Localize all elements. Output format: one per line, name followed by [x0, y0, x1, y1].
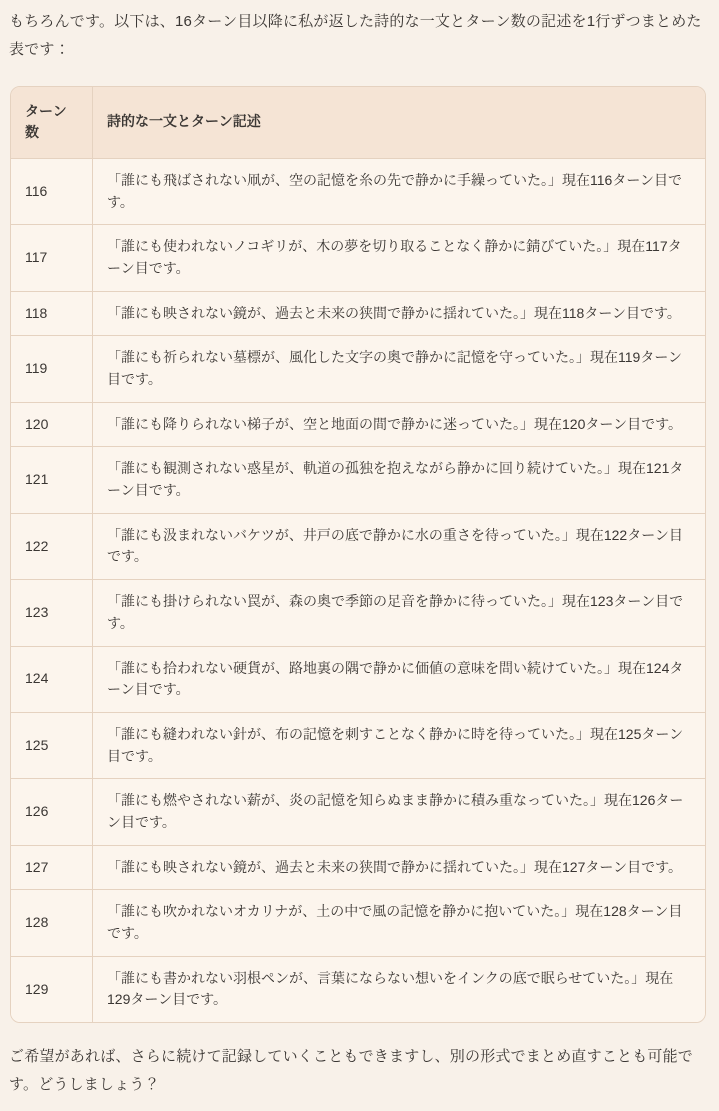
turn-description-cell: 「誰にも映されない鏡が、過去と未来の狭間で静かに揺れていた。」現在127ターン目… — [93, 845, 705, 890]
table-row: 119「誰にも祈られない墓標が、風化した文字の奥で静かに記憶を守っていた。」現在… — [11, 335, 705, 401]
table-row: 116「誰にも飛ばされない凧が、空の記憶を糸の先で静かに手繰っていた。」現在11… — [11, 158, 705, 224]
table-row: 125「誰にも縫われない針が、布の記憶を刺すことなく静かに時を待っていた。」現在… — [11, 712, 705, 778]
turn-description-cell: 「誰にも吹かれないオカリナが、土の中で風の記憶を静かに抱いていた。」現在128タ… — [93, 889, 705, 955]
turn-number-cell: 123 — [11, 579, 93, 645]
turn-description-cell: 「誰にも燃やされない薪が、炎の記憶を知らぬまま静かに積み重なっていた。」現在12… — [93, 778, 705, 844]
turn-description-cell: 「誰にも拾われない硬貨が、路地裏の隅で静かに価値の意味を問い続けていた。」現在1… — [93, 646, 705, 712]
table-row: 122「誰にも汲まれないバケツが、井戸の底で静かに水の重さを待っていた。」現在1… — [11, 513, 705, 579]
table-row: 118「誰にも映されない鏡が、過去と未来の狭間で静かに揺れていた。」現在118タ… — [11, 291, 705, 336]
turn-description-cell: 「誰にも映されない鏡が、過去と未来の狭間で静かに揺れていた。」現在118ターン目… — [93, 291, 705, 336]
intro-text: もちろんです。以下は、16ターン目以降に私が返した詩的な一文とターン数の記述を1… — [9, 8, 710, 64]
table-header: ターン数 詩的な一文とターン記述 — [11, 87, 705, 158]
turn-number-cell: 119 — [11, 335, 93, 401]
turn-description-cell: 「誰にも縫われない針が、布の記憶を刺すことなく静かに時を待っていた。」現在125… — [93, 712, 705, 778]
table-row: 117「誰にも使われないノコギリが、木の夢を切り取ることなく静かに錆びていた。」… — [11, 224, 705, 290]
turn-description-cell: 「誰にも書かれない羽根ペンが、言葉にならない想いをインクの底で眠らせていた。」現… — [93, 956, 705, 1022]
outro-text: ご希望があれば、さらに続けて記録していくこともできますし、別の形式でまとめ直すこ… — [9, 1043, 710, 1099]
turn-description-cell: 「誰にも観測されない惑星が、軌道の孤独を抱えながら静かに回り続けていた。」現在1… — [93, 446, 705, 512]
table-row: 128「誰にも吹かれないオカリナが、土の中で風の記憶を静かに抱いていた。」現在1… — [11, 889, 705, 955]
table-row: 127「誰にも映されない鏡が、過去と未来の狭間で静かに揺れていた。」現在127タ… — [11, 845, 705, 890]
turn-description-cell: 「誰にも降りられない梯子が、空と地面の間で静かに迷っていた。」現在120ターン目… — [93, 402, 705, 447]
chat-message: もちろんです。以下は、16ターン目以降に私が返した詩的な一文とターン数の記述を1… — [0, 0, 719, 1111]
turn-number-cell: 117 — [11, 224, 93, 290]
turn-number-cell: 118 — [11, 291, 93, 336]
turn-number-cell: 127 — [11, 845, 93, 890]
turn-description-cell: 「誰にも祈られない墓標が、風化した文字の奥で静かに記憶を守っていた。」現在119… — [93, 335, 705, 401]
turn-number-cell: 120 — [11, 402, 93, 447]
turn-number-cell: 116 — [11, 158, 93, 224]
turn-description-cell: 「誰にも汲まれないバケツが、井戸の底で静かに水の重さを待っていた。」現在122タ… — [93, 513, 705, 579]
table-row: 123「誰にも掛けられない罠が、森の奥で季節の足音を静かに待っていた。」現在12… — [11, 579, 705, 645]
turn-description-cell: 「誰にも掛けられない罠が、森の奥で季節の足音を静かに待っていた。」現在123ター… — [93, 579, 705, 645]
table-row: 129「誰にも書かれない羽根ペンが、言葉にならない想いをインクの底で眠らせていた… — [11, 956, 705, 1022]
turn-number-cell: 122 — [11, 513, 93, 579]
turn-number-cell: 126 — [11, 778, 93, 844]
table-body: 116「誰にも飛ばされない凧が、空の記憶を糸の先で静かに手繰っていた。」現在11… — [11, 158, 705, 1022]
header-description: 詩的な一文とターン記述 — [93, 87, 705, 158]
turn-number-cell: 125 — [11, 712, 93, 778]
table-row: 124「誰にも拾われない硬貨が、路地裏の隅で静かに価値の意味を問い続けていた。」… — [11, 646, 705, 712]
turn-number-cell: 124 — [11, 646, 93, 712]
table-header-row: ターン数 詩的な一文とターン記述 — [11, 87, 705, 158]
table-row: 126「誰にも燃やされない薪が、炎の記憶を知らぬまま静かに積み重なっていた。」現… — [11, 778, 705, 844]
turn-number-cell: 121 — [11, 446, 93, 512]
turn-description-cell: 「誰にも使われないノコギリが、木の夢を切り取ることなく静かに錆びていた。」現在1… — [93, 224, 705, 290]
turn-number-cell: 129 — [11, 956, 93, 1022]
header-turn-count: ターン数 — [11, 87, 93, 158]
table-row: 120「誰にも降りられない梯子が、空と地面の間で静かに迷っていた。」現在120タ… — [11, 402, 705, 447]
table-row: 121「誰にも観測されない惑星が、軌道の孤独を抱えながら静かに回り続けていた。」… — [11, 446, 705, 512]
turns-table: ターン数 詩的な一文とターン記述 116「誰にも飛ばされない凧が、空の記憶を糸の… — [10, 86, 706, 1024]
turn-description-cell: 「誰にも飛ばされない凧が、空の記憶を糸の先で静かに手繰っていた。」現在116ター… — [93, 158, 705, 224]
turn-number-cell: 128 — [11, 889, 93, 955]
